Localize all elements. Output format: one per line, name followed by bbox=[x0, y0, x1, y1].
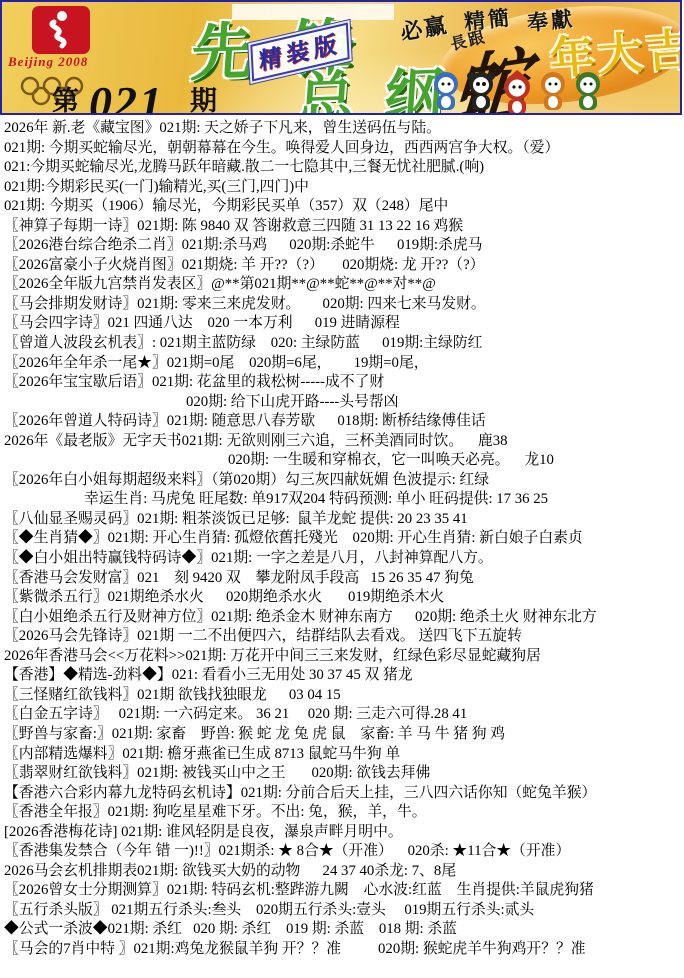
text-line: 〖神算子每期一诗〗021期: 陈 9840 双 答谢救意三四随 31 13 22… bbox=[0, 217, 684, 237]
text-line: 〖野兽与家畜:〗021期: 家畜 野兽: 猴 蛇 龙 兔 虎 鼠 家畜: 羊 马… bbox=[0, 725, 684, 745]
text-line: 〖2026年宝宝歇后语〗021期: 花盆里的栽松树-----成不了财 bbox=[0, 373, 684, 393]
fuwa-mascot-green-icon bbox=[572, 70, 604, 114]
fuwa-mascot-blue-icon bbox=[430, 70, 462, 114]
fuwa-mascots bbox=[430, 70, 604, 115]
text-line: 〖◆生肖猜◆〗021期: 开心生肖猜: 孤燈依舊托殘光 020期: 开心生肖猜:… bbox=[0, 529, 684, 549]
text-line: 〖八仙显圣赐灵码〗021期: 粗茶淡饭已足够: 鼠羊龙蛇 提供: 20 23 3… bbox=[0, 510, 684, 530]
text-line: 〖2026曾女士分期测算〗021期: 特码玄机:整跸游九闕 心水波:红蓝 生肖提… bbox=[0, 881, 684, 901]
fuwa-mascot-flame-icon bbox=[500, 70, 534, 115]
text-line: ◆公式一杀波◆021期: 杀红 020 期: 杀红 019 期: 杀蓝 018 … bbox=[0, 920, 684, 940]
text-line: 〖2026马会先锋诗〗021期 一二不出便四六，结群结队去看戏。 送四飞下五旋转 bbox=[0, 627, 684, 647]
issue-number: 第021期 bbox=[52, 76, 217, 115]
text-line: 〖马会排期发财诗〗021期: 零来三来虎发财。 020期: 四来七来马发财。 bbox=[0, 295, 684, 315]
text-line: 〖2026年白小姐每期超级来料〗（第020期）勾三灰四献妩媚 色波提示: 红绿 bbox=[0, 471, 684, 491]
text-line: 020期: 给下山虎开路----头号帮凶 bbox=[0, 393, 684, 413]
text-line: 020期: 一生暖和穿棉衣，它一叫唤天必亮。 龙10 bbox=[0, 451, 684, 471]
text-line: 〖2026全年版九宫禁肖发表区〗@**第021期**@**蛇**@**对**@ bbox=[0, 275, 684, 295]
text-line: 〖香港全年报〗021期: 狗吃星星难下牙。不出: 兔，猴，羊，牛。 bbox=[0, 803, 684, 823]
text-line: 2026马会玄机排期表021期: 欲钱买大奶的动物 24 37 40杀龙: 7、… bbox=[0, 862, 684, 882]
text-line: 〖紫微杀五行〗021期绝杀水火 020期绝杀水火 019期绝杀木火 bbox=[0, 588, 684, 608]
text-line: 〖五行杀头版〗 021期五行杀头:叁头 020期五行杀头:壹头 019期五行杀头… bbox=[0, 901, 684, 921]
text-line: 〖2026年全年杀一尾★〗021期=0尾 020期=6尾， 19期=0尾， bbox=[0, 354, 684, 374]
issue-digits: 021 bbox=[89, 77, 164, 115]
text-line: 〖白小姐绝杀五行及财神方位〗021期: 绝杀金木 财神东南方 020期: 绝杀土… bbox=[0, 608, 684, 628]
issue-suffix: 期 bbox=[190, 86, 217, 115]
text-line: 2026年香港马会<<万花料>>021期: 万花开中间三三来发财，红绿色彩尽显蛇… bbox=[0, 647, 684, 667]
fuwa-mascot-orange-icon bbox=[537, 70, 569, 114]
text-line: 〖香港集发禁合（今年 错 一)!!〗021期杀: ★ 8合★（开准） 020杀:… bbox=[0, 842, 684, 862]
text-line: 〖2026富豪小子火烧肖图〗021期烧: 羊 开??（?） 020期烧: 龙 开… bbox=[0, 256, 684, 276]
text-line: 021期: 今期买蛇输尽光，朝朝幕幕在今生。唤得爱人回身边，西西两宫争大权。（爱… bbox=[0, 139, 684, 159]
text-line: 〖曾道人波段玄机表〗: 021期主蓝防绿 020: 主绿防蓝 019期:主绿防红 bbox=[0, 334, 684, 354]
text-line: 〖2026年曾道人特码诗〗021期: 随意思八春芳歇 018期: 断桥结缘傅佳话 bbox=[0, 412, 684, 432]
text-line: 〖白金五字诗〗 021期: 一六码定来。 36 21 020 期: 三走六可得.… bbox=[0, 705, 684, 725]
text-line: 幸运生肖: 马虎兔 旺尾数: 单917双204 特码预测: 单小 旺码提供: 1… bbox=[0, 490, 684, 510]
text-line: 【香港】◆精选-劲料◆】021: 看看小三无用处 30 37 45 双 猪龙 bbox=[0, 666, 684, 686]
text-line: 〖内部精选爆料〗021期: 檐牙燕雀已生成 8713 鼠蛇马牛狗 单 bbox=[0, 745, 684, 765]
text-line: 〖2026港台综合绝杀二肖〗021期:杀马鸡 020期:杀蛇牛 019期:杀虎马 bbox=[0, 236, 684, 256]
text-line: 021期:今期彩民买(一门)输精光,买(三门,四门)中 bbox=[0, 178, 684, 198]
slogan-word-1: 必赢 bbox=[398, 8, 451, 47]
tip-sheet-text: 2026年 新.老《藏宝图》021期: 天之娇子下凡来，曾生送码伍与陆。 021… bbox=[0, 119, 684, 960]
text-line: 〖翡翠财红欲钱料〗021期: 被钱买山中之王 020期: 欲钱去拜佛 bbox=[0, 764, 684, 784]
beijing-2008-text: Beijing 2008 bbox=[8, 54, 128, 70]
text-line: 2026年 新.老《藏宝图》021期: 天之娇子下凡来，曾生送码伍与陆。 bbox=[0, 119, 684, 139]
text-line: 【香港六合彩内幕九龙特码玄机诗】021期: 分前合后天上挂，三八四六话你知（蛇兔… bbox=[0, 784, 684, 804]
issue-prefix: 第 bbox=[52, 86, 79, 115]
page: Beijing 2008 先锋 总纲 第021期 精装版 必赢 精簡 奉獻 長跟… bbox=[0, 0, 684, 978]
text-line: 〖◆白小姐出特赢钱特码诗◆〗021期: 一字之差是八月，八封神算配八方。 bbox=[0, 549, 684, 569]
text-line: [2026香港梅花诗] 021期: 谁风轻阴是良夜，瀑泉声畔月明中。 bbox=[0, 823, 684, 843]
text-line: 〖马会四字诗〗021 四通八达 020 一本万利 019 进睛源程 bbox=[0, 314, 684, 334]
text-line: 〖香港马会发财富〗021 刻 9420 双 攀龙附凤手段高 15 26 35 4… bbox=[0, 569, 684, 589]
beijing-2008-seal-icon bbox=[32, 6, 90, 54]
dancing-figure-icon bbox=[32, 6, 90, 54]
text-line: 021:今期买蛇输尽光,龙腾马跃年暗藏.散二一七隐其中,三餐无忧社肥腻.(响) bbox=[0, 158, 684, 178]
fuwa-mascot-panda-icon bbox=[465, 70, 497, 114]
text-line: 〖马会的7肖中特 〗021期:鸡兔龙猴鼠羊狗 开？？准 020期: 猴蛇虎羊牛狗… bbox=[0, 940, 684, 960]
text-line: 021期: 今期买（1906）输尽光，今期彩民买单（357）双（248）尾中 bbox=[0, 197, 684, 217]
text-line: 2026年《最老版》无字天书021期: 无欲则刚三六追，三杯美酒同时饮。 鹿38 bbox=[0, 432, 684, 452]
banner: Beijing 2008 先锋 总纲 第021期 精装版 必赢 精簡 奉獻 長跟… bbox=[0, 0, 682, 115]
text-line: 〖三怪赌红欲钱料〗021期 欲钱找独眼龙 03 04 15 bbox=[0, 686, 684, 706]
